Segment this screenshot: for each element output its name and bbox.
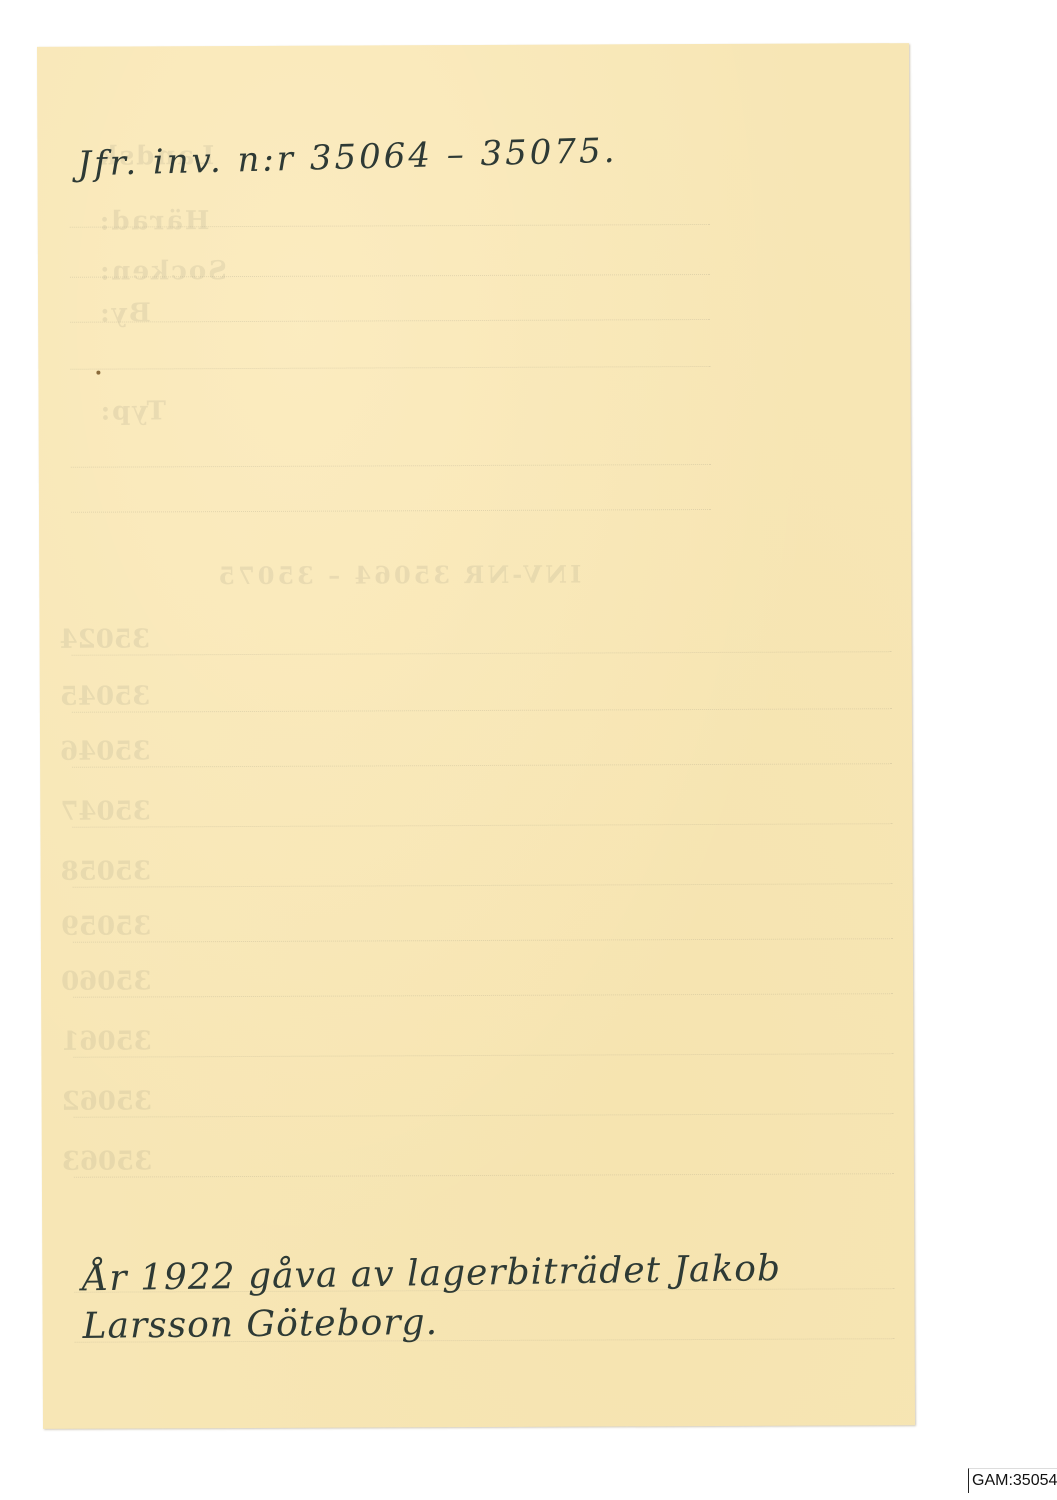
bleed-inv-number: 35045: [60, 681, 151, 711]
bleed-label-harad: Härad:: [98, 206, 210, 236]
dotted-rule: [71, 464, 711, 468]
bleed-inv-number: 35060: [61, 966, 152, 996]
catalog-id-label: GAM:35054: [968, 1468, 1057, 1493]
dotted-rule: [72, 823, 892, 828]
bleed-label-by: By:: [98, 298, 151, 328]
bleed-inventory-heading: INV-NR 35064 – 35075: [215, 560, 581, 591]
bleed-inv-number: 35058: [61, 856, 152, 886]
bleed-inv-number: 35024: [60, 624, 151, 654]
reverse-side-show-through: Landsk Härad: Socken: By: Typ: INV-NR 35…: [37, 43, 915, 1429]
dotted-rule: [72, 651, 892, 656]
bleed-inv-number: 35046: [60, 736, 151, 766]
dotted-rule: [70, 224, 710, 228]
dotted-rule: [73, 993, 893, 998]
dotted-rule: [72, 708, 892, 713]
dotted-rule: [70, 319, 710, 323]
bleed-inv-number: 35059: [61, 911, 152, 941]
dotted-rule: [74, 1113, 894, 1118]
dotted-rule: [70, 366, 710, 370]
handwritten-reference-note: Jfr. inv. n:r 35064 – 35075.: [77, 131, 618, 185]
bleed-inv-number: 35061: [61, 1026, 152, 1056]
dotted-rule: [73, 883, 893, 888]
handwritten-gift-note-line-1: År 1922 gåva av lagerbiträdet Jakob: [82, 1248, 781, 1299]
dotted-rule: [73, 938, 893, 943]
bleed-inv-number: 35063: [62, 1146, 153, 1176]
bleed-inv-number: 35062: [62, 1086, 153, 1116]
dotted-rule: [74, 1173, 894, 1178]
handwritten-gift-note-line-2: Larsson Göteborg.: [82, 1302, 438, 1347]
bleed-label-typ: Typ:: [99, 396, 167, 426]
dotted-rule: [72, 763, 892, 768]
dotted-rule: [73, 1053, 893, 1058]
bleed-inv-number: 35047: [60, 796, 151, 826]
bleed-label-socken: Socken:: [98, 256, 227, 287]
dotted-rule: [70, 274, 710, 278]
dotted-rule: [71, 509, 711, 513]
catalog-card: Landsk Härad: Socken: By: Typ: INV-NR 35…: [37, 43, 915, 1429]
paper-speck: [96, 371, 100, 375]
